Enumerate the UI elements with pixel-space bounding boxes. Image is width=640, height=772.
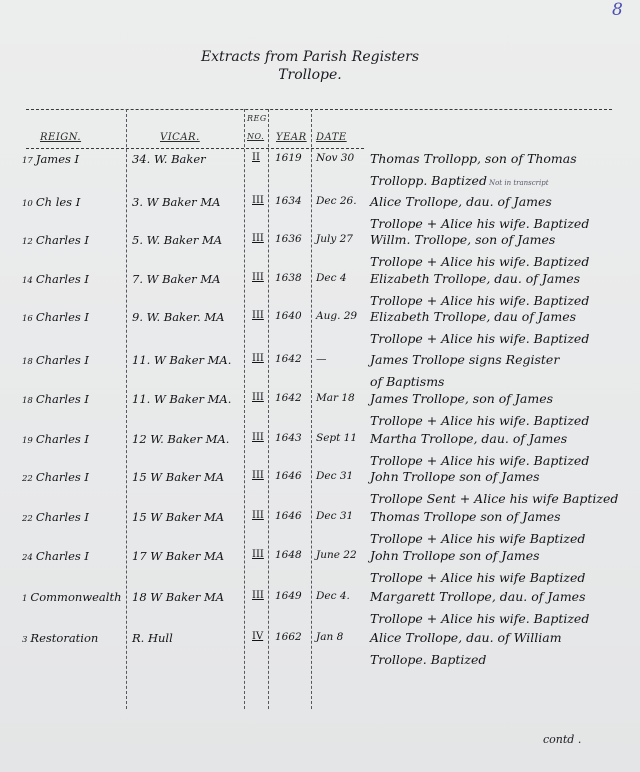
register-number-cell: III <box>252 392 264 403</box>
register-number-cell: III <box>252 272 264 283</box>
reign-name: Charles I <box>36 549 89 563</box>
reign-cell: 22Charles I <box>22 510 122 524</box>
date-cell: Dec 31 <box>316 470 353 482</box>
reign-cell: 16Charles I <box>22 310 122 324</box>
register-number-cell: III <box>252 510 264 521</box>
year-cell: 1636 <box>275 233 302 245</box>
reign-name: Charles I <box>36 310 89 324</box>
date-cell: June 22 <box>316 549 357 561</box>
date-cell: Dec 4. <box>316 590 350 602</box>
entry-line-2-text: Trollope + Alice his wife Baptized <box>370 570 585 585</box>
reign-cell: 12Charles I <box>22 233 122 247</box>
vicar-cell: 12 W. Baker MA. <box>132 432 229 446</box>
date-cell: Aug. 29 <box>316 310 357 322</box>
title-surname: Trollope. <box>160 66 460 84</box>
reign-cell: 24Charles I <box>22 549 122 563</box>
table-row: 3RestorationR. HullIV1662Jan 8Alice Trol… <box>0 631 640 679</box>
entry-line-1: Margarett Trollope, dau. of James <box>370 586 638 608</box>
date-cell: — <box>316 353 327 365</box>
reign-name: Charles I <box>36 233 89 247</box>
reign-cell: 10Ch les I <box>22 195 122 209</box>
reign-name: Charles I <box>36 353 89 367</box>
page-title: Extracts from Parish Registers Trollope. <box>160 48 460 84</box>
date-cell: Nov 30 <box>316 152 354 164</box>
table-header-rule <box>26 148 364 149</box>
reign-cell: 3Restoration <box>22 631 122 645</box>
year-cell: 1642 <box>275 392 302 404</box>
entry-line-1: John Trollope son of James <box>370 545 638 567</box>
reign-name: Ch les I <box>36 195 80 209</box>
register-page: 8 Extracts from Parish Registers Trollop… <box>0 0 640 772</box>
reign-name: Charles I <box>36 272 89 286</box>
year-cell: 1649 <box>275 590 302 602</box>
year-cell: 1643 <box>275 432 302 444</box>
reign-year-number: 18 <box>22 357 33 367</box>
register-number-cell: III <box>252 470 264 481</box>
register-number-cell: III <box>252 195 264 206</box>
year-cell: 1662 <box>275 631 302 643</box>
page-number: 8 <box>612 0 623 20</box>
header-reign: REIGN. <box>40 132 81 143</box>
year-cell: 1648 <box>275 549 302 561</box>
entry-line-1: Alice Trollope, dau. of William <box>370 627 638 649</box>
reign-name: Charles I <box>36 432 89 446</box>
header-reg-line1: REG <box>247 114 267 123</box>
vicar-cell: 7. W Baker MA <box>132 272 220 286</box>
vicar-cell: R. Hull <box>132 631 173 645</box>
date-cell: Mar 18 <box>316 392 355 404</box>
reign-cell: 18Charles I <box>22 353 122 367</box>
vicar-cell: 11. W Baker MA. <box>132 353 231 367</box>
year-cell: 1640 <box>275 310 302 322</box>
reign-name: Restoration <box>30 631 98 645</box>
entry-line-1: Thomas Trollope son of James <box>370 506 638 528</box>
vicar-cell: 11. W Baker MA. <box>132 392 231 406</box>
register-number-cell: IV <box>252 631 263 642</box>
entry-line-1: Elizabeth Trollope, dau. of James <box>370 268 638 290</box>
year-cell: 1638 <box>275 272 302 284</box>
reign-year-number: 24 <box>22 553 33 563</box>
entry-cell: Elizabeth Trollope, dau of JamesTrollope… <box>370 306 638 352</box>
year-cell: 1646 <box>275 510 302 522</box>
header-reg-line2: NO. <box>247 132 264 141</box>
vicar-cell: 9. W. Baker. MA <box>132 310 224 324</box>
date-cell: Sept 11 <box>316 432 357 444</box>
reign-cell: 18Charles I <box>22 392 122 406</box>
vicar-cell: 5. W. Baker MA <box>132 233 222 247</box>
entry-line-1: Elizabeth Trollope, dau of James <box>370 306 638 328</box>
entry-line-2-text: Trollope + Alice his wife. Baptized <box>370 254 589 269</box>
vicar-cell: 17 W Baker MA <box>132 549 224 563</box>
entry-line-2: Trollope. Baptized <box>370 649 638 673</box>
table-top-rule <box>26 109 612 110</box>
entry-line-1: Thomas Trollopp, son of Thomas <box>370 148 638 170</box>
reign-name: Charles I <box>36 392 89 406</box>
reign-year-number: 16 <box>22 314 33 324</box>
register-number-cell: III <box>252 353 264 364</box>
date-cell: Jan 8 <box>316 631 343 643</box>
entry-line-2-text: Trollope + Alice his wife Baptized <box>370 531 585 546</box>
reign-cell: 14Charles I <box>22 272 122 286</box>
date-cell: Dec 26. <box>316 195 357 207</box>
vicar-cell: 18 W Baker MA <box>132 590 224 604</box>
year-cell: 1634 <box>275 195 302 207</box>
register-number-cell: III <box>252 233 264 244</box>
entry-line-2-text: of Baptisms <box>370 374 444 389</box>
reign-name: Commonwealth <box>30 590 121 604</box>
vicar-cell: 34. W. Baker <box>132 152 206 166</box>
entry-cell: Alice Trollope, dau. of WilliamTrollope.… <box>370 627 638 673</box>
vicar-cell: 15 W Baker MA <box>132 470 224 484</box>
reign-year-number: 19 <box>22 436 33 446</box>
reign-year-number: 18 <box>22 396 33 406</box>
register-number-cell: III <box>252 310 264 321</box>
reign-year-number: 22 <box>22 474 33 484</box>
reign-year-number: 12 <box>22 237 33 247</box>
vicar-cell: 15 W Baker MA <box>132 510 224 524</box>
reign-year-number: 22 <box>22 514 33 524</box>
register-number-cell: II <box>252 152 260 163</box>
entry-line-1: Martha Trollope, dau. of James <box>370 428 638 450</box>
entry-line-1: James Trollope, son of James <box>370 388 638 410</box>
date-cell: Dec 4 <box>316 272 347 284</box>
entry-line-2-text: Trollope Sent + Alice his wife Baptized <box>370 491 618 506</box>
entry-line-2-text: Trollopp. Baptized <box>370 173 487 188</box>
entry-line-2-text: Trollope + Alice his wife. Baptized <box>370 413 589 428</box>
reign-cell: 19Charles I <box>22 432 122 446</box>
entry-line-2-text: Trollope + Alice his wife. Baptized <box>370 331 589 346</box>
entry-line-2-text: Trollope. Baptized <box>370 652 486 667</box>
continued-note: contd . <box>543 733 581 746</box>
reign-cell: 17James I <box>22 152 122 166</box>
reign-year-number: 17 <box>22 156 33 166</box>
entry-line-1: Alice Trollope, dau. of James <box>370 191 638 213</box>
register-number-cell: III <box>252 549 264 560</box>
entry-cell: Margarett Trollope, dau. of JamesTrollop… <box>370 586 638 632</box>
reign-name: Charles I <box>36 470 89 484</box>
entry-cell: Thomas Trollopp, son of ThomasTrollopp. … <box>370 148 638 194</box>
date-cell: Dec 31 <box>316 510 353 522</box>
register-number-cell: III <box>252 590 264 601</box>
register-number-cell: III <box>252 432 264 443</box>
date-cell: July 27 <box>316 233 353 245</box>
header-vicar: VICAR. <box>160 132 200 143</box>
reign-year-number: 1 <box>22 594 27 604</box>
entry-line-1: James Trollope signs Register <box>370 349 638 371</box>
reign-cell: 22Charles I <box>22 470 122 484</box>
title-main: Extracts from Parish Registers <box>201 49 419 65</box>
margin-note: Not in transcript <box>489 179 549 187</box>
year-cell: 1642 <box>275 353 302 365</box>
header-date: DATE <box>316 132 347 143</box>
reign-name: Charles I <box>36 510 89 524</box>
entry-line-2-text: Trollope + Alice his wife. Baptized <box>370 611 589 626</box>
reign-year-number: 3 <box>22 635 27 645</box>
year-cell: 1646 <box>275 470 302 482</box>
reign-year-number: 10 <box>22 199 33 209</box>
entry-cell: John Trollope son of JamesTrollope + Ali… <box>370 545 638 591</box>
year-cell: 1619 <box>275 152 302 164</box>
entry-line-1: John Trollope son of James <box>370 466 638 488</box>
vicar-cell: 3. W Baker MA <box>132 195 220 209</box>
reign-name: James I <box>36 152 79 166</box>
reign-year-number: 14 <box>22 276 33 286</box>
header-year: YEAR <box>276 132 307 143</box>
reign-cell: 1Commonwealth <box>22 590 122 604</box>
entry-line-1: Willm. Trollope, son of James <box>370 229 638 251</box>
